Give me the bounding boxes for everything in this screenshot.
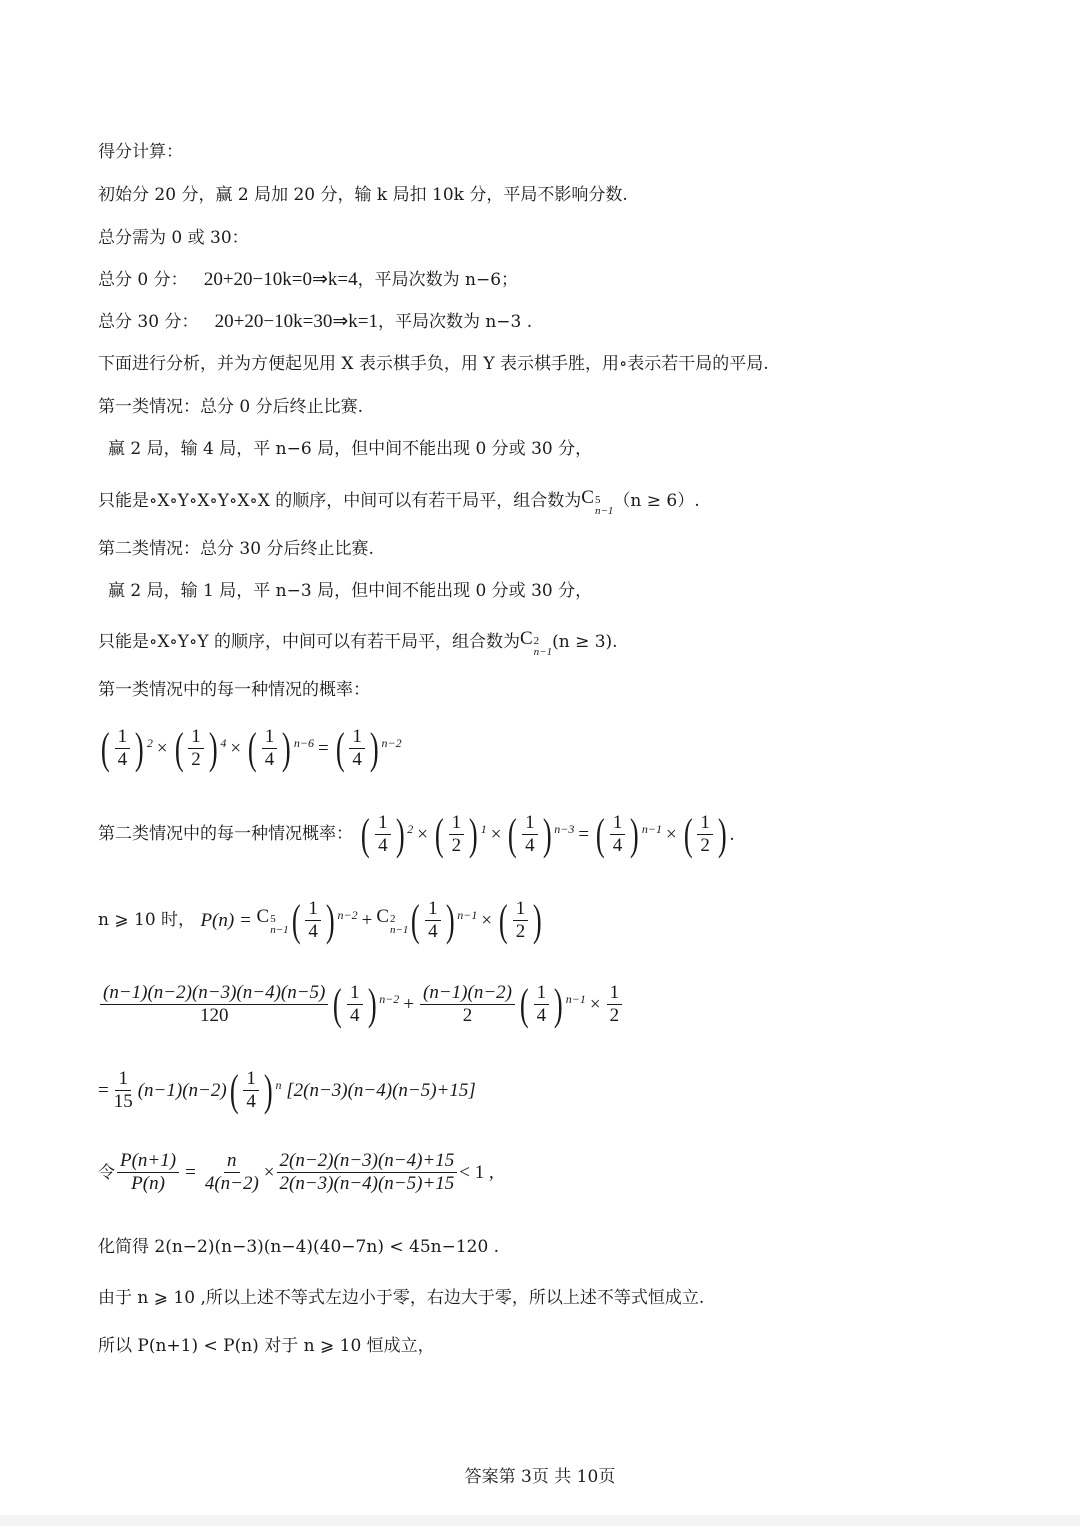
page-footer: 答案第 3页 共 10页 — [0, 1462, 1080, 1487]
text-line: 只能是∘X∘Y∘Y 的顺序，中间可以有若干局平，组合数为C2n−1(n ≥ 3)… — [98, 627, 618, 658]
binomial: C5n−1 — [581, 486, 613, 517]
text-line: 赢 2 局，输 4 局，平 n−6 局，但中间不能出现 0 分或 30 分， — [108, 437, 592, 461]
equation: 20+20−10k=30⇒k=1 — [215, 311, 378, 332]
text-line: 初始分 20 分，赢 2 局加 20 分，输 k 局扣 10k 分，平局不影响分… — [98, 183, 628, 207]
text-line: 总分 0 分： 20+20−10k=0⇒k=4，平局次数为 n−6； — [98, 268, 518, 292]
binomial: C2n−1 — [520, 627, 552, 658]
formula-simplified: =115 (n−1)(n−2) (14)n [2(n−3)(n−4)(n−5)+… — [98, 1068, 476, 1113]
section-heading: 得分计算： — [98, 140, 183, 164]
equation: 20+20−10k=0⇒k=4 — [204, 269, 358, 290]
text-line: 化简得 2(n−2)(n−3)(n−4)(40−7n) < 45n−120 . — [98, 1235, 499, 1259]
text-line: 总分需为 0 或 30： — [98, 226, 249, 250]
formula-p-of-n: n ⩾ 10 时， P(n) = C5n−1 (14)n−2 + C2n−1 (… — [98, 898, 545, 943]
text-line: 所以 P(n+1) < P(n) 对于 n ⩾ 10 恒成立， — [98, 1334, 435, 1358]
text-line: 第一类情况：总分 0 分后终止比赛. — [98, 395, 363, 419]
formula-case2-probability: 第二类情况中的每一种情况概率： (14)2 × (12)1 × (14)n−3 … — [98, 812, 734, 857]
formula-case1-probability: (14)2 × (12)4 × (14)n−6 = (14)n−2 — [98, 726, 402, 771]
formula-expanded: (n−1)(n−2)(n−3)(n−4)(n−5)120 (14)n−2 + (… — [98, 982, 624, 1027]
text-line: 由于 n ⩾ 10 ,所以上述不等式左边小于零，右边大于零，所以上述不等式恒成立… — [98, 1286, 704, 1310]
text-line: 第一类情况中的每一种情况的概率： — [98, 678, 370, 702]
formula-ratio: 令 P(n+1)P(n) = n4(n−2) × 2(n−2)(n−3)(n−4… — [98, 1150, 494, 1195]
text-line: 总分 30 分： 20+20−10k=30⇒k=1，平局次数为 n−3 . — [98, 310, 532, 334]
text-line: 赢 2 局，输 1 局，平 n−3 局，但中间不能出现 0 分或 30 分， — [108, 579, 592, 603]
text-line: 只能是∘X∘Y∘X∘Y∘X∘X 的顺序，中间可以有若干局平，组合数为C5n−1（… — [98, 486, 700, 517]
text-line: 下面进行分析，并为方便起见用 X 表示棋手负，用 Y 表示棋手胜，用∘表示若干局… — [98, 352, 769, 376]
page-bottom-edge — [0, 1515, 1080, 1526]
text-line: 第二类情况：总分 30 分后终止比赛. — [98, 537, 374, 561]
